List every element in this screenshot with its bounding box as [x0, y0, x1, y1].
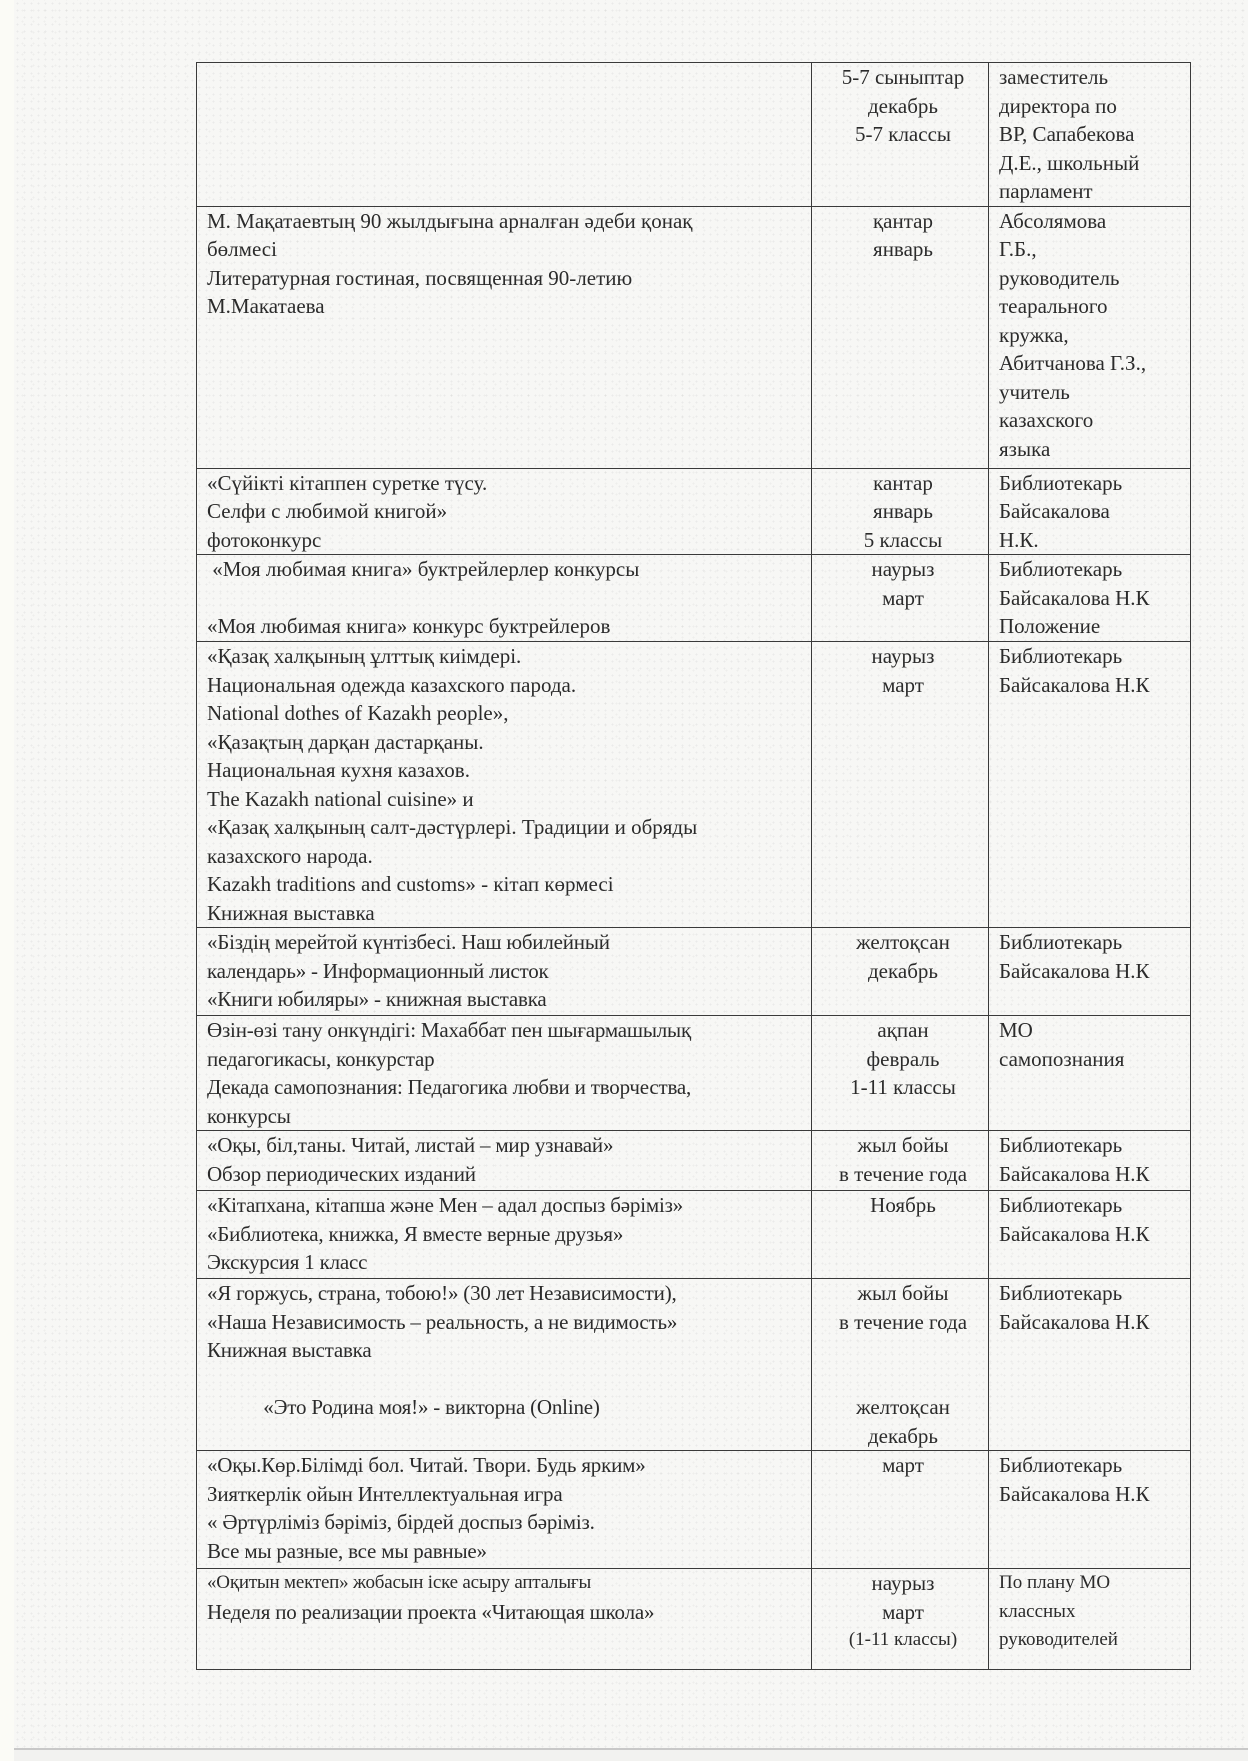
table-row: Өзін-өзі тану онкүндігі: Махаббат пен шы…: [197, 1016, 1191, 1131]
responsible-line: Байсакалова Н.К: [999, 671, 1186, 700]
date-cell: март: [812, 1451, 989, 1569]
date-line: в течение года: [822, 1308, 984, 1337]
blank-line: [822, 1365, 984, 1394]
event-cell: М. Мақатаевтың 90 жылдығына арналған әде…: [197, 206, 812, 468]
responsible-line: МО: [999, 1016, 1186, 1045]
date-line: март: [822, 671, 984, 700]
date-line: Ноябрь: [822, 1191, 984, 1220]
event-line: Декада самопознания: Педагогика любви и …: [207, 1073, 807, 1102]
event-line: «Кітапхана, кітапша және Мен – адал досп…: [207, 1191, 807, 1220]
responsible-cell: Библиотекарь Байсакалова Н.К: [989, 1451, 1191, 1569]
date-line: желтоқсан: [822, 928, 984, 957]
responsible-line: Библиотекарь: [999, 1131, 1186, 1160]
responsible-line: ВР, Сапабекова: [999, 120, 1186, 149]
responsible-line: Библиотекарь: [999, 1279, 1186, 1308]
event-line: Национальная кухня казахов.: [207, 756, 807, 785]
responsible-line: Библиотекарь: [999, 928, 1186, 957]
event-plan-table: 5-7 сыныптар декабрь 5-7 классы заместит…: [196, 62, 1191, 1670]
date-line: наурыз: [822, 555, 984, 584]
responsible-line: Библиотекарь: [999, 642, 1186, 671]
event-line: Национальная одежда казахского парода.: [207, 671, 807, 700]
responsible-cell: Библиотекарь Байсакалова Н.К: [989, 1191, 1191, 1279]
date-line: жыл бойы: [822, 1131, 984, 1160]
event-line: Өзін-өзі тану онкүндігі: Махаббат пен шы…: [207, 1016, 807, 1045]
responsible-line: Библиотекарь: [999, 1191, 1186, 1220]
event-line: Kazakh traditions and customs» - кітап к…: [207, 870, 807, 899]
event-cell: «Біздің мерейтой күнтізбесі. Наш юбилейн…: [197, 928, 812, 1016]
responsible-line: руководителей: [999, 1626, 1186, 1655]
date-cell: наурыз март: [812, 642, 989, 928]
responsible-line: директора по: [999, 92, 1186, 121]
date-line: 5 классы: [822, 526, 984, 555]
table-row: «Біздің мерейтой күнтізбесі. Наш юбилейн…: [197, 928, 1191, 1016]
responsible-cell: Библиотекарь Байсакалова Н.К: [989, 1279, 1191, 1451]
date-line: март: [822, 584, 984, 613]
date-line: март: [822, 1598, 984, 1627]
event-line: Все мы разные, все мы равные»: [207, 1537, 807, 1566]
responsible-line: заместитель: [999, 63, 1186, 92]
table-row: М. Мақатаевтың 90 жылдығына арналған әде…: [197, 206, 1191, 468]
responsible-line: учитель: [999, 378, 1186, 407]
date-line: 5-7 классы: [822, 120, 984, 149]
event-line: Книжная выставка: [207, 899, 807, 928]
date-line: декабрь: [822, 957, 984, 986]
date-line: жыл бойы: [822, 1279, 984, 1308]
date-cell: қантар январь: [812, 206, 989, 468]
event-line: «Это Родина моя!» - викторна (Online): [207, 1393, 807, 1422]
event-line: М. Мақатаевтың 90 жылдығына арналған әде…: [207, 207, 807, 236]
responsible-line: Библиотекарь: [999, 555, 1186, 584]
responsible-cell: Библиотекарь Байсакалова Н.К: [989, 928, 1191, 1016]
responsible-cell: Библиотекарь Байсакалова Н.К: [989, 1131, 1191, 1191]
event-line: Книжная выставка: [207, 1336, 807, 1365]
date-cell: ақпан февраль 1-11 классы: [812, 1016, 989, 1131]
table-row: «Оқы, біл,таны. Читай, листай – мир узна…: [197, 1131, 1191, 1191]
responsible-line: языка: [999, 435, 1186, 464]
event-line: фотоконкурс: [207, 526, 807, 555]
responsible-line: кружка,: [999, 321, 1186, 350]
event-line: Обзор периодических изданий: [207, 1160, 807, 1189]
date-line: январь: [822, 497, 984, 526]
event-line: «Біздің мерейтой күнтізбесі. Наш юбилейн…: [207, 928, 807, 957]
table-row: «Моя любимая книга» буктрейлерлер конкур…: [197, 555, 1191, 642]
event-line: педагогикасы, конкурстар: [207, 1045, 807, 1074]
responsible-line: Абитчанова Г.З.,: [999, 349, 1186, 378]
responsible-line: По плану МО: [999, 1569, 1186, 1598]
event-line: «Оқы.Көр.Білімді бол. Читай. Твори. Будь…: [207, 1451, 807, 1480]
date-line: (1-11 классы): [822, 1626, 984, 1655]
responsible-line: Байсакалова Н.К: [999, 1220, 1186, 1249]
event-cell: «Сүйікті кітаппен суретке түсу. Селфи с …: [197, 468, 812, 555]
blank-line: [822, 1336, 984, 1365]
event-cell: «Кітапхана, кітапша және Мен – адал досп…: [197, 1191, 812, 1279]
event-line: бөлмесі: [207, 235, 807, 264]
responsible-line: Байсакалова Н.К: [999, 957, 1186, 986]
date-cell: жыл бойы в течение года: [812, 1131, 989, 1191]
responsible-cell: По плану МО классных руководителей: [989, 1569, 1191, 1670]
responsible-line: Д.Е., школьный: [999, 149, 1186, 178]
responsible-line: парламент: [999, 177, 1186, 206]
date-line: кантар: [822, 469, 984, 498]
date-cell: кантар январь 5 классы: [812, 468, 989, 555]
responsible-line: Г.Б.,: [999, 235, 1186, 264]
event-line: «Библиотека, книжка, Я вместе верные дру…: [207, 1220, 807, 1249]
event-cell: «Я горжусь, страна, тобою!» (30 лет Неза…: [197, 1279, 812, 1451]
event-line: «Оқитын мектеп» жобасын іске асыру аптал…: [207, 1569, 807, 1598]
event-cell: «Моя любимая книга» буктрейлерлер конкур…: [197, 555, 812, 642]
table-row: «Оқы.Көр.Білімді бол. Читай. Твори. Будь…: [197, 1451, 1191, 1569]
date-line: март: [822, 1451, 984, 1480]
table-row: «Қазақ халқының ұлттық киімдері. Национа…: [197, 642, 1191, 928]
table-row: «Оқитын мектеп» жобасын іске асыру аптал…: [197, 1569, 1191, 1670]
event-line: Экскурсия 1 класс: [207, 1248, 807, 1277]
event-line: The Kazakh national cuisine» и: [207, 785, 807, 814]
event-line: «Оқы, біл,таны. Читай, листай – мир узна…: [207, 1131, 807, 1160]
event-line: Зияткерлік ойын Интеллектуальная игра: [207, 1480, 807, 1509]
date-line: ақпан: [822, 1016, 984, 1045]
event-line: «Қазақ халқының салт-дәстүрлері. Традици…: [207, 813, 807, 842]
responsible-line: казахского: [999, 406, 1186, 435]
date-line: 1-11 классы: [822, 1073, 984, 1102]
date-cell: Ноябрь: [812, 1191, 989, 1279]
responsible-cell: Абсолямова Г.Б., руководитель теаральног…: [989, 206, 1191, 468]
event-line: «Моя любимая книга» конкурс буктрейлеров: [207, 612, 807, 641]
responsible-line: классных: [999, 1598, 1186, 1627]
responsible-line: Положение: [999, 612, 1186, 641]
event-line: « Әртүрліміз бәріміз, бірдей доспыз бәрі…: [207, 1508, 807, 1537]
responsible-line: Н.К.: [999, 526, 1186, 555]
responsible-line: руководитель: [999, 264, 1186, 293]
responsible-line: Байсакалова: [999, 497, 1186, 526]
table-row: «Я горжусь, страна, тобою!» (30 лет Неза…: [197, 1279, 1191, 1451]
event-line: «Наша Независимость – реальность, а не в…: [207, 1308, 807, 1337]
date-line: январь: [822, 235, 984, 264]
date-cell: 5-7 сыныптар декабрь 5-7 классы: [812, 63, 989, 207]
scan-edge: [0, 0, 14, 1761]
responsible-cell: Библиотекарь Байсакалова Н.К: [989, 642, 1191, 928]
responsible-line: теарального: [999, 292, 1186, 321]
event-line: казахского народа.: [207, 842, 807, 871]
date-line: наурыз: [822, 642, 984, 671]
responsible-cell: Библиотекарь Байсакалова Н.К Положение: [989, 555, 1191, 642]
table-row: «Кітапхана, кітапша және Мен – адал досп…: [197, 1191, 1191, 1279]
date-line: февраль: [822, 1045, 984, 1074]
responsible-line: Абсолямова: [999, 207, 1186, 236]
responsible-cell: заместитель директора по ВР, Сапабекова …: [989, 63, 1191, 207]
date-line: наурыз: [822, 1569, 984, 1598]
responsible-cell: Библиотекарь Байсакалова Н.К.: [989, 468, 1191, 555]
event-line: конкурсы: [207, 1102, 807, 1131]
event-line: календарь» - Информационный листок: [207, 957, 807, 986]
event-cell: «Оқитын мектеп» жобасын іске асыру аптал…: [197, 1569, 812, 1670]
date-cell: желтоқсан декабрь: [812, 928, 989, 1016]
date-cell: наурыз март (1-11 классы): [812, 1569, 989, 1670]
date-cell: жыл бойы в течение года желтоқсан декабр…: [812, 1279, 989, 1451]
event-line: National dothes of Kazakh people»,: [207, 699, 807, 728]
responsible-line: Байсакалова Н.К: [999, 1160, 1186, 1189]
blank-line: [207, 584, 807, 613]
responsible-line: Байсакалова Н.К: [999, 1480, 1186, 1509]
event-line: «Книги юбиляры» - книжная выставка: [207, 985, 807, 1014]
event-line: Литературная гостиная, посвященная 90-ле…: [207, 264, 807, 293]
event-cell: «Оқы.Көр.Білімді бол. Читай. Твори. Будь…: [197, 1451, 812, 1569]
table-row: «Сүйікті кітаппен суретке түсу. Селфи с …: [197, 468, 1191, 555]
date-line: декабрь: [822, 1422, 984, 1451]
date-line: қантар: [822, 207, 984, 236]
responsible-line: Байсакалова Н.К: [999, 1308, 1186, 1337]
event-cell: «Қазақ халқының ұлттық киімдері. Национа…: [197, 642, 812, 928]
event-line: «Сүйікті кітаппен суретке түсу.: [207, 469, 807, 498]
event-line: Селфи с любимой книгой»: [207, 497, 807, 526]
table-row: 5-7 сыныптар декабрь 5-7 классы заместит…: [197, 63, 1191, 207]
date-line: в течение года: [822, 1160, 984, 1189]
blank-line: [207, 1365, 807, 1394]
responsible-line: самопознания: [999, 1045, 1186, 1074]
event-line: Неделя по реализации проекта «Читающая ш…: [207, 1598, 807, 1627]
event-line: «Я горжусь, страна, тобою!» (30 лет Неза…: [207, 1279, 807, 1308]
responsible-cell: МО самопознания: [989, 1016, 1191, 1131]
event-line: М.Макатаева: [207, 292, 807, 321]
event-cell: [197, 63, 812, 207]
event-line: «Қазақтың дарқан дастарқаны.: [207, 728, 807, 757]
responsible-line: Библиотекарь: [999, 1451, 1186, 1480]
date-line: декабрь: [822, 92, 984, 121]
date-line: желтоқсан: [822, 1393, 984, 1422]
event-cell: «Оқы, біл,таны. Читай, листай – мир узна…: [197, 1131, 812, 1191]
responsible-line: Библиотекарь: [999, 469, 1186, 498]
event-cell: Өзін-өзі тану онкүндігі: Махаббат пен шы…: [197, 1016, 812, 1131]
event-line: «Қазақ халқының ұлттық киімдері.: [207, 642, 807, 671]
date-line: 5-7 сыныптар: [822, 63, 984, 92]
responsible-line: Байсакалова Н.К: [999, 584, 1186, 613]
event-line: «Моя любимая книга» буктрейлерлер конкур…: [207, 555, 807, 584]
date-cell: наурыз март: [812, 555, 989, 642]
